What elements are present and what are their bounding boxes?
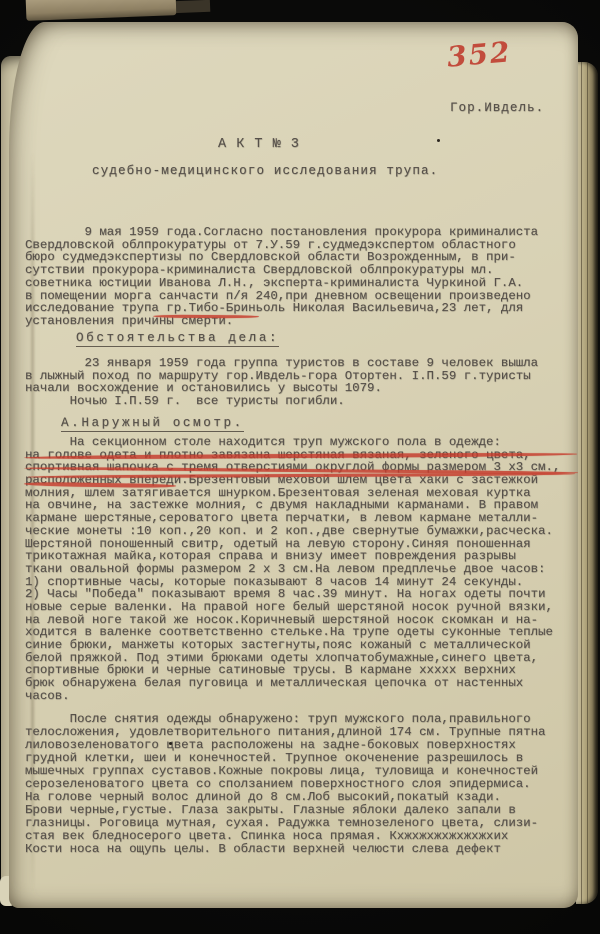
document-page: 352 Гор.Ивдель. А К Т № 3 судебно-медици… (9, 22, 578, 908)
paragraph-intro: 9 мая 1959 года.Согласно постановления п… (25, 226, 538, 328)
heading-external-exam-label: А.Наружный осмотр. (61, 416, 244, 432)
heading-circumstances-label: Обстоятельства дела: (76, 331, 279, 347)
page-stack-edges (576, 62, 598, 904)
heading-circumstances: Обстоятельства дела: (76, 331, 279, 345)
document-title: А К Т № 3 (218, 137, 300, 152)
page-edge-line (587, 62, 588, 904)
paragraph-circumstances: 23 января 1959 года группа туристов в со… (25, 357, 538, 408)
heading-external-exam: А.Наружный осмотр. (61, 416, 244, 430)
city-line: Гор.Ивдель. (450, 102, 544, 115)
folded-paper-scrap (26, 0, 177, 21)
handwritten-page-number: 352 (446, 35, 513, 73)
paragraph-after-undressing: После снятия одежды обнаружено: труп муж… (25, 713, 546, 856)
red-underline-name-tibo-brinol (153, 315, 259, 318)
document-subtitle: судебно-медицинского исследования трупа. (92, 165, 438, 178)
archive-photo-scene: 352 Гор.Ивдель. А К Т № 3 судебно-медици… (0, 0, 600, 934)
paper-specks (169, 742, 172, 745)
page-edge-line (581, 62, 582, 904)
